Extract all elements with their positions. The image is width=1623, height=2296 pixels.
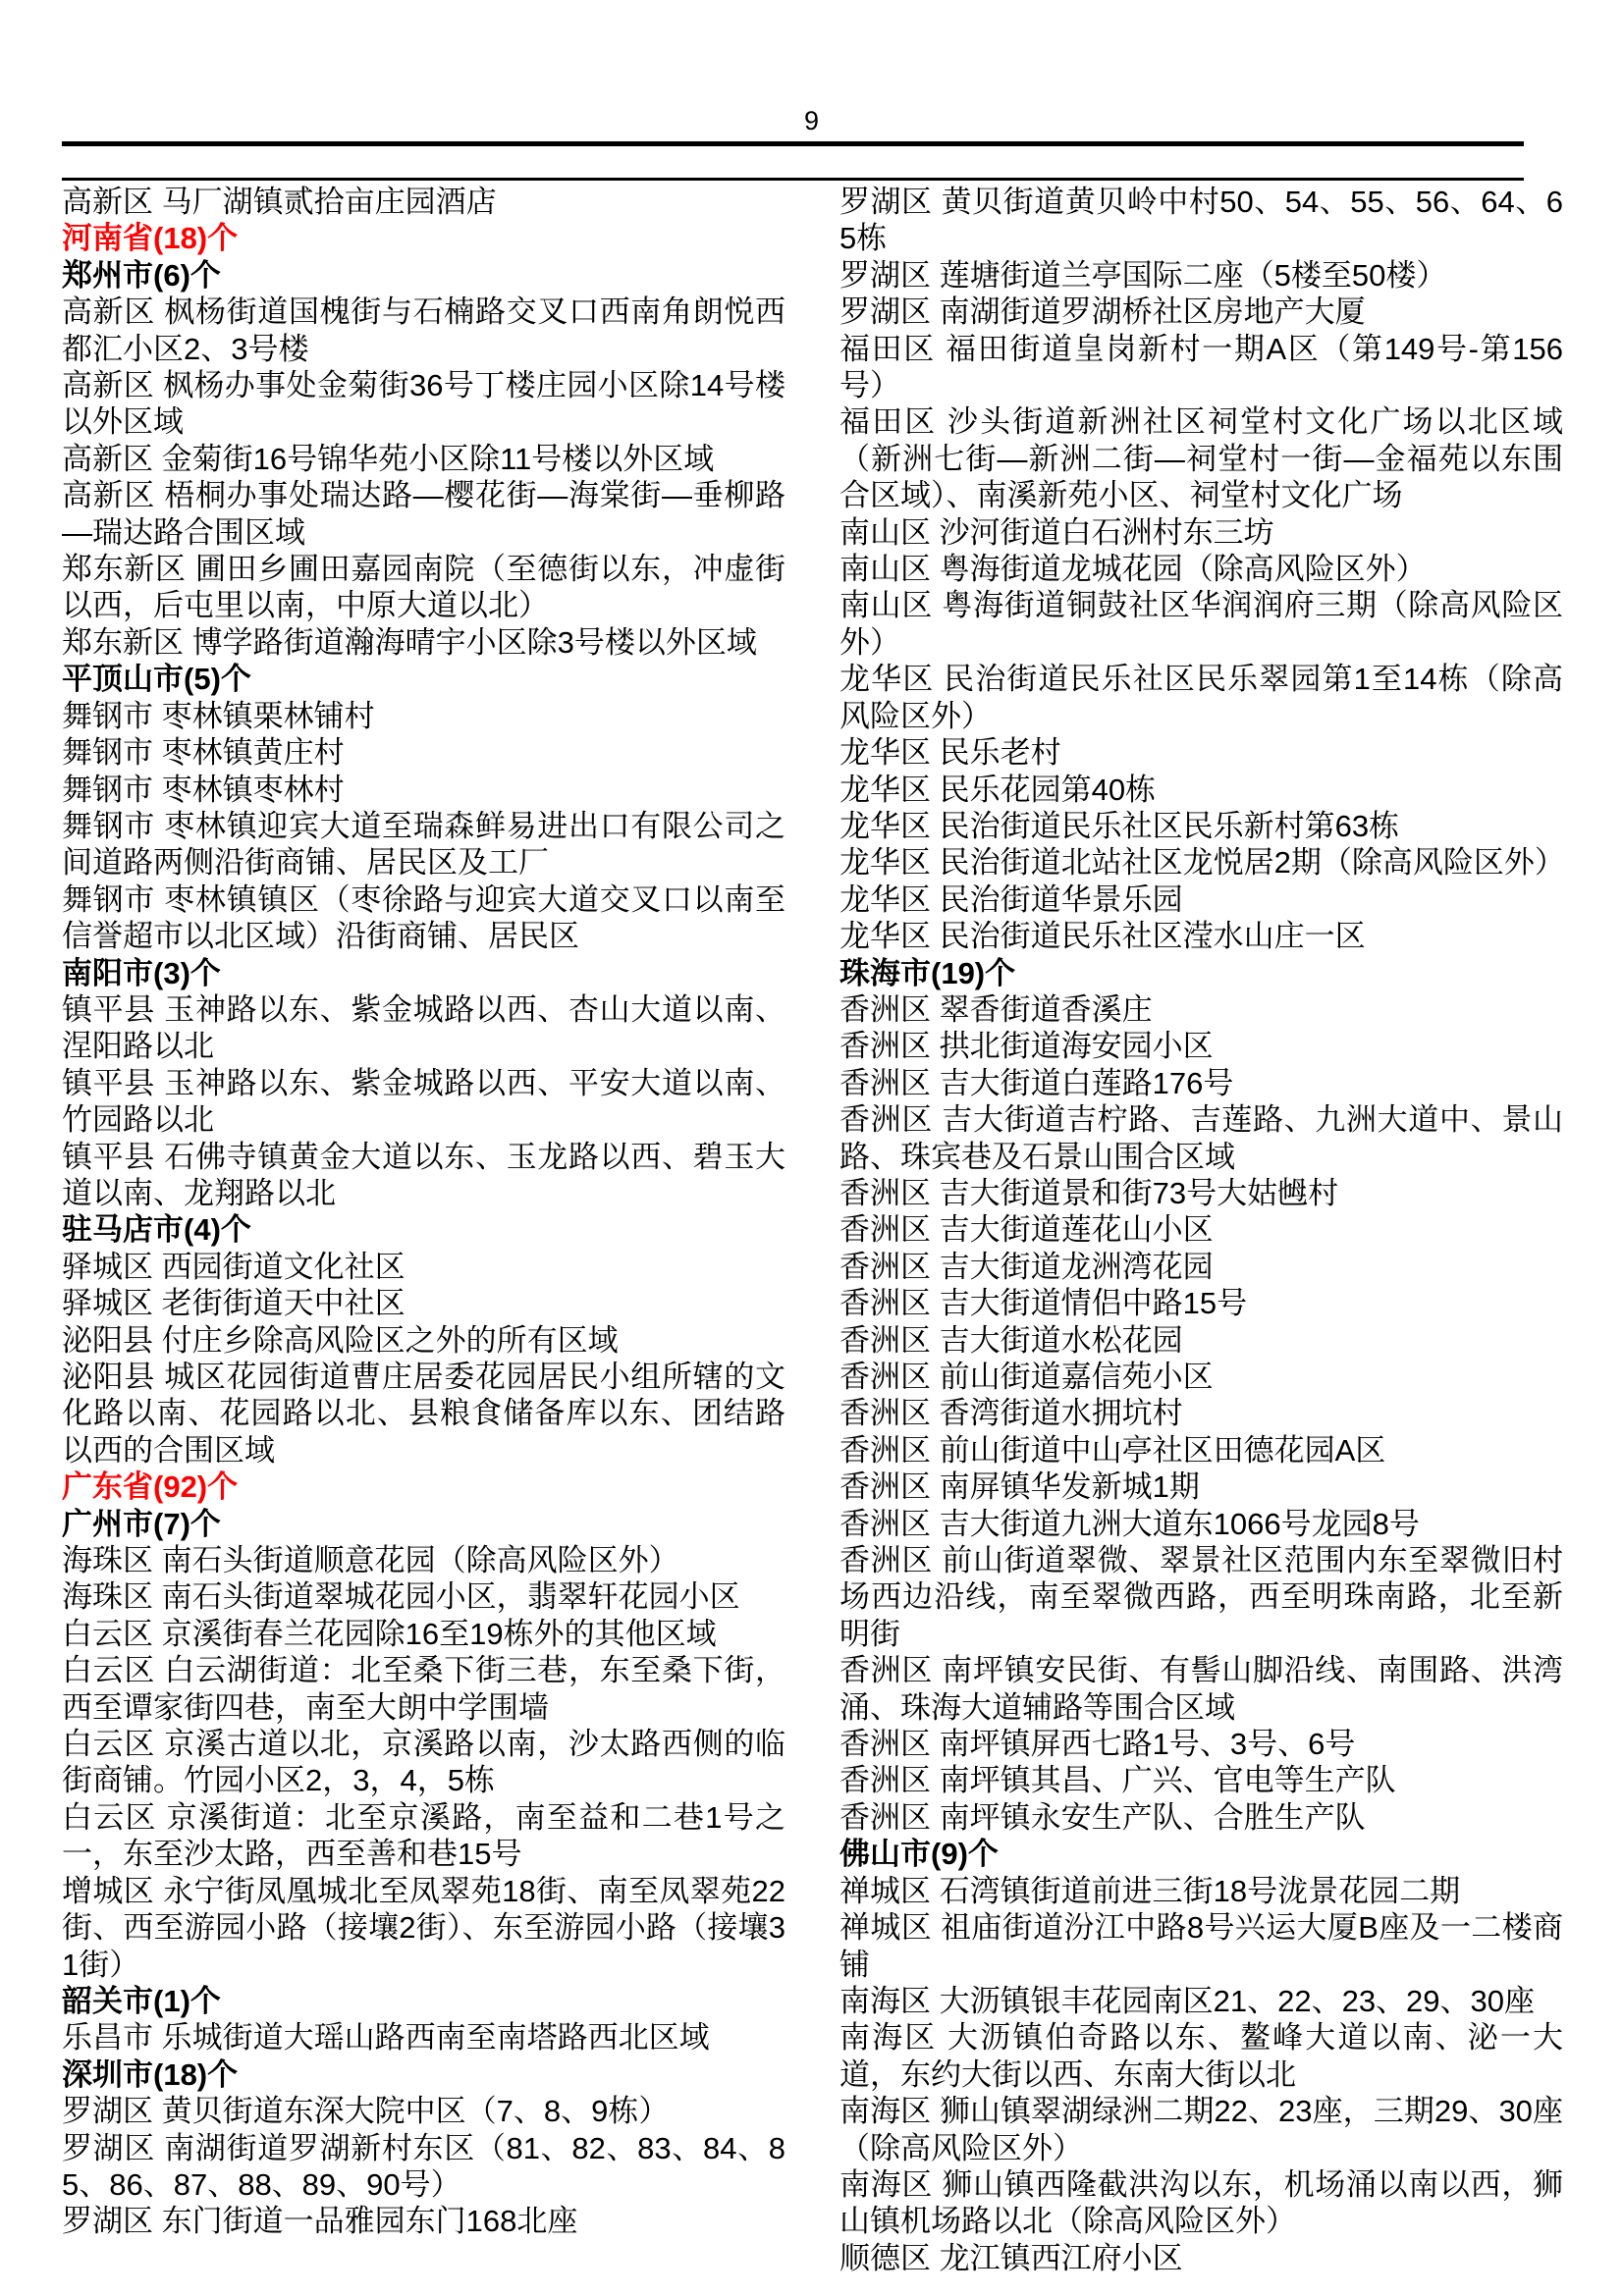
risk-area-entry: 海珠区 南石头街道顺意花园（除高风险区外） [62, 1542, 785, 1578]
risk-area-entry: 香洲区 前山街道嘉信苑小区 [839, 1359, 1563, 1395]
risk-area-entry: 禅城区 石湾镇街道前进三街18号泷景花园二期 [839, 1873, 1563, 1909]
risk-area-entry: 南海区 狮山镇西隆截洪沟以东，机场涌以南以西，狮山镇机场路以北（除高风险区外） [839, 2166, 1563, 2240]
risk-area-entry: 香洲区 南屏镇华发新城1期 [839, 1468, 1563, 1505]
risk-area-entry: 香洲区 拱北街道海安园小区 [839, 1028, 1563, 1064]
risk-area-entry: 驿城区 老街街道天中社区 [62, 1285, 785, 1321]
risk-area-entry: 福田区 福田街道皇岗新村一期A区（第149号-第156号） [839, 331, 1563, 404]
risk-area-entry: 香洲区 吉大街道龙洲湾花园 [839, 1249, 1563, 1285]
risk-area-entry: 香洲区 南坪镇永安生产队、合胜生产队 [839, 1799, 1563, 1836]
document-page: 9 高新区 马厂湖镇贰拾亩庄园酒店河南省(18)个郑州市(6)个高新区 枫杨街道… [0, 0, 1623, 2296]
risk-area-entry: 罗湖区 黄贝街道东深大院中区（7、8、9栋） [62, 2093, 785, 2129]
risk-area-entry: 龙华区 民治街道北站社区龙悦居2期（除高风险区外） [839, 844, 1563, 881]
risk-area-entry: 泌阳县 城区花园街道曹庄居委花园居民小组所辖的文化路以南、花园路以北、县粮食储备… [62, 1359, 785, 1468]
city-header: 深圳市(18)个 [62, 2056, 785, 2093]
risk-area-entry: 高新区 枫杨街道国槐街与石楠路交叉口西南角朗悦西都汇小区2、3号楼 [62, 294, 785, 367]
risk-area-entry: 龙华区 民治街道民乐社区民乐翠园第1至14栋（除高风险区外） [839, 661, 1563, 734]
risk-area-entry: 南山区 粤海街道龙城花园（除高风险区外） [839, 551, 1563, 587]
risk-area-entry: 龙华区 民治街道民乐社区滢水山庄一区 [839, 918, 1563, 954]
city-header: 广州市(7)个 [62, 1506, 785, 1542]
risk-area-entry: 高新区 梧桐办事处瑞达路—樱花街—海棠街—垂柳路—瑞达路合围区域 [62, 477, 785, 551]
risk-area-entry: 香洲区 吉大街道九洲大道东1066号龙园8号 [839, 1506, 1563, 1542]
risk-area-entry: 香洲区 吉大街道吉柠路、吉莲路、九洲大道中、景山路、珠宾巷及石景山围合区域 [839, 1101, 1563, 1175]
risk-area-entry: 海珠区 南石头街道翠城花园小区，翡翠轩花园小区 [62, 1578, 785, 1615]
risk-area-entry: 香洲区 南坪镇屏西七路1号、3号、6号 [839, 1726, 1563, 1762]
city-header: 平顶山市(5)个 [62, 661, 785, 697]
risk-area-entry: 罗湖区 莲塘街道兰亭国际二座（5楼至50楼） [839, 257, 1563, 294]
risk-area-entry: 白云区 白云湖街道：北至桑下街三巷，东至桑下街，西至谭家街四巷，南至大朗中学围墙 [62, 1652, 785, 1726]
header-rule [62, 141, 1524, 146]
risk-area-entry: 香洲区 吉大街道水松花园 [839, 1322, 1563, 1359]
risk-area-entry: 镇平县 玉神路以东、紫金城路以西、杏山大道以南、涅阳路以北 [62, 991, 785, 1065]
risk-area-entry: 泌阳县 付庄乡除高风险区之外的所有区域 [62, 1322, 785, 1359]
risk-area-entry: 白云区 京溪街春兰花园除16至19栋外的其他区域 [62, 1616, 785, 1652]
city-header: 南阳市(3)个 [62, 955, 785, 991]
risk-area-entry: 郑东新区 圃田乡圃田嘉园南院（至德街以东，冲虚街以西，后屯里以南，中原大道以北） [62, 551, 785, 624]
risk-area-entry: 舞钢市 枣林镇镇区（枣徐路与迎宾大道交叉口以南至信誉超市以北区域）沿街商铺、居民… [62, 881, 785, 955]
city-header: 郑州市(6)个 [62, 257, 785, 294]
risk-area-entry: 香洲区 南坪镇其昌、广兴、官电等生产队 [839, 1762, 1563, 1798]
city-header: 驻马店市(4)个 [62, 1211, 785, 1248]
province-header: 河南省(18)个 [62, 220, 785, 256]
risk-area-entry: 驿城区 西园街道文化社区 [62, 1249, 785, 1285]
risk-area-entry: 舞钢市 枣林镇黄庄村 [62, 734, 785, 771]
province-header: 广东省(92)个 [62, 1468, 785, 1505]
risk-area-entry: 南海区 狮山镇翠湖绿洲二期22、23座，三期29、30座（除高风险区外） [839, 2093, 1563, 2166]
risk-area-entry: 福田区 沙头街道新洲社区祠堂村文化广场以北区域（新洲七街—新洲二街—祠堂村一街—… [839, 403, 1563, 513]
risk-area-entry: 郑东新区 博学路街道瀚海晴宇小区除3号楼以外区域 [62, 624, 785, 661]
city-header: 佛山市(9)个 [839, 1836, 1563, 1872]
risk-area-entry: 南海区 大沥镇伯奇路以东、鳌峰大道以南、泌一大道，东约大街以西、东南大街以北 [839, 2019, 1563, 2093]
risk-area-entry: 镇平县 石佛寺镇黄金大道以东、玉龙路以西、碧玉大道以南、龙翔路以北 [62, 1139, 785, 1212]
risk-area-entry: 舞钢市 枣林镇迎宾大道至瑞森鲜易进出口有限公司之间道路两侧沿街商铺、居民区及工厂 [62, 808, 785, 881]
risk-area-entry: 香洲区 前山街道中山亭社区田德花园A区 [839, 1432, 1563, 1468]
risk-area-entry: 香洲区 吉大街道莲花山小区 [839, 1211, 1563, 1248]
page-number: 9 [0, 106, 1623, 135]
city-header: 韶关市(1)个 [62, 1983, 785, 2019]
risk-area-entry: 香洲区 香湾街道水拥坑村 [839, 1395, 1563, 1431]
city-header: 珠海市(19)个 [839, 955, 1563, 991]
risk-area-entry: 增城区 永宁街凤凰城北至凤翠苑18街、南至凤翠苑22街、西至游园小路（接壤2街）… [62, 1873, 785, 1983]
risk-area-entry: 龙华区 民治街道民乐社区民乐新村第63栋 [839, 808, 1563, 844]
risk-area-entry: 白云区 京溪街道：北至京溪路，南至益和二巷1号之一，东至沙太路，西至善和巷15号 [62, 1799, 785, 1873]
risk-area-entry: 罗湖区 南湖街道罗湖桥社区房地产大厦 [839, 294, 1563, 330]
risk-area-entry: 罗湖区 南湖街道罗湖新村东区（81、82、83、84、85、86、87、88、8… [62, 2130, 785, 2204]
risk-area-entry: 高新区 金菊街16号锦华苑小区除11号楼以外区域 [62, 441, 785, 477]
risk-area-entry: 乐昌市 乐城街道大瑶山路西南至南塔路西北区域 [62, 2019, 785, 2056]
risk-area-entry: 南海区 大沥镇银丰花园南区21、22、23、29、30座 [839, 1983, 1563, 2019]
risk-area-entry: 禅城区 祖庙街道汾江中路8号兴运大厦B座及一二楼商铺 [839, 1909, 1563, 1983]
right-column: 罗湖区 黄贝街道黄贝岭中村50、54、55、56、64、65栋罗湖区 莲塘街道兰… [839, 184, 1563, 2276]
risk-area-entry: 香洲区 吉大街道景和街73号大姑乸村 [839, 1175, 1563, 1211]
risk-area-entry: 顺德区 龙江镇西江府小区 [839, 2240, 1563, 2276]
risk-area-entry: 香洲区 前山街道翠微、翠景社区范围内东至翠微旧村场西边沿线，南至翠微西路，西至明… [839, 1542, 1563, 1652]
risk-area-entry: 香洲区 翠香街道香溪庄 [839, 991, 1563, 1028]
content-top-rule [62, 178, 1524, 181]
risk-area-entry: 龙华区 民治街道华景乐园 [839, 881, 1563, 918]
risk-area-entry: 舞钢市 枣林镇栗林铺村 [62, 698, 785, 734]
left-column: 高新区 马厂湖镇贰拾亩庄园酒店河南省(18)个郑州市(6)个高新区 枫杨街道国槐… [62, 184, 785, 2240]
risk-area-entry: 南山区 沙河街道白石洲村东三坊 [839, 514, 1563, 551]
risk-area-entry: 高新区 枫杨办事处金菊街36号丁楼庄园小区除14号楼以外区域 [62, 367, 785, 441]
risk-area-entry: 罗湖区 东门街道一品雅园东门168北座 [62, 2203, 785, 2239]
risk-area-entry: 香洲区 南坪镇安民街、有髻山脚沿线、南围路、洪湾涌、珠海大道辅路等围合区域 [839, 1652, 1563, 1726]
risk-area-entry: 香洲区 吉大街道白莲路176号 [839, 1065, 1563, 1101]
content-columns: 高新区 马厂湖镇贰拾亩庄园酒店河南省(18)个郑州市(6)个高新区 枫杨街道国槐… [62, 184, 1563, 2276]
risk-area-entry: 龙华区 民乐花园第40栋 [839, 772, 1563, 808]
risk-area-entry: 舞钢市 枣林镇枣林村 [62, 772, 785, 808]
risk-area-entry: 龙华区 民乐老村 [839, 734, 1563, 771]
risk-area-entry: 镇平县 玉神路以东、紫金城路以西、平安大道以南、竹园路以北 [62, 1065, 785, 1139]
risk-area-entry: 罗湖区 黄贝街道黄贝岭中村50、54、55、56、64、65栋 [839, 184, 1563, 257]
risk-area-entry: 香洲区 吉大街道情侣中路15号 [839, 1285, 1563, 1321]
risk-area-entry: 高新区 马厂湖镇贰拾亩庄园酒店 [62, 184, 785, 220]
risk-area-entry: 南山区 粤海街道铜鼓社区华润润府三期（除高风险区外） [839, 587, 1563, 661]
risk-area-entry: 白云区 京溪古道以北，京溪路以南，沙太路西侧的临街商铺。竹园小区2，3，4，5栋 [62, 1726, 785, 1799]
